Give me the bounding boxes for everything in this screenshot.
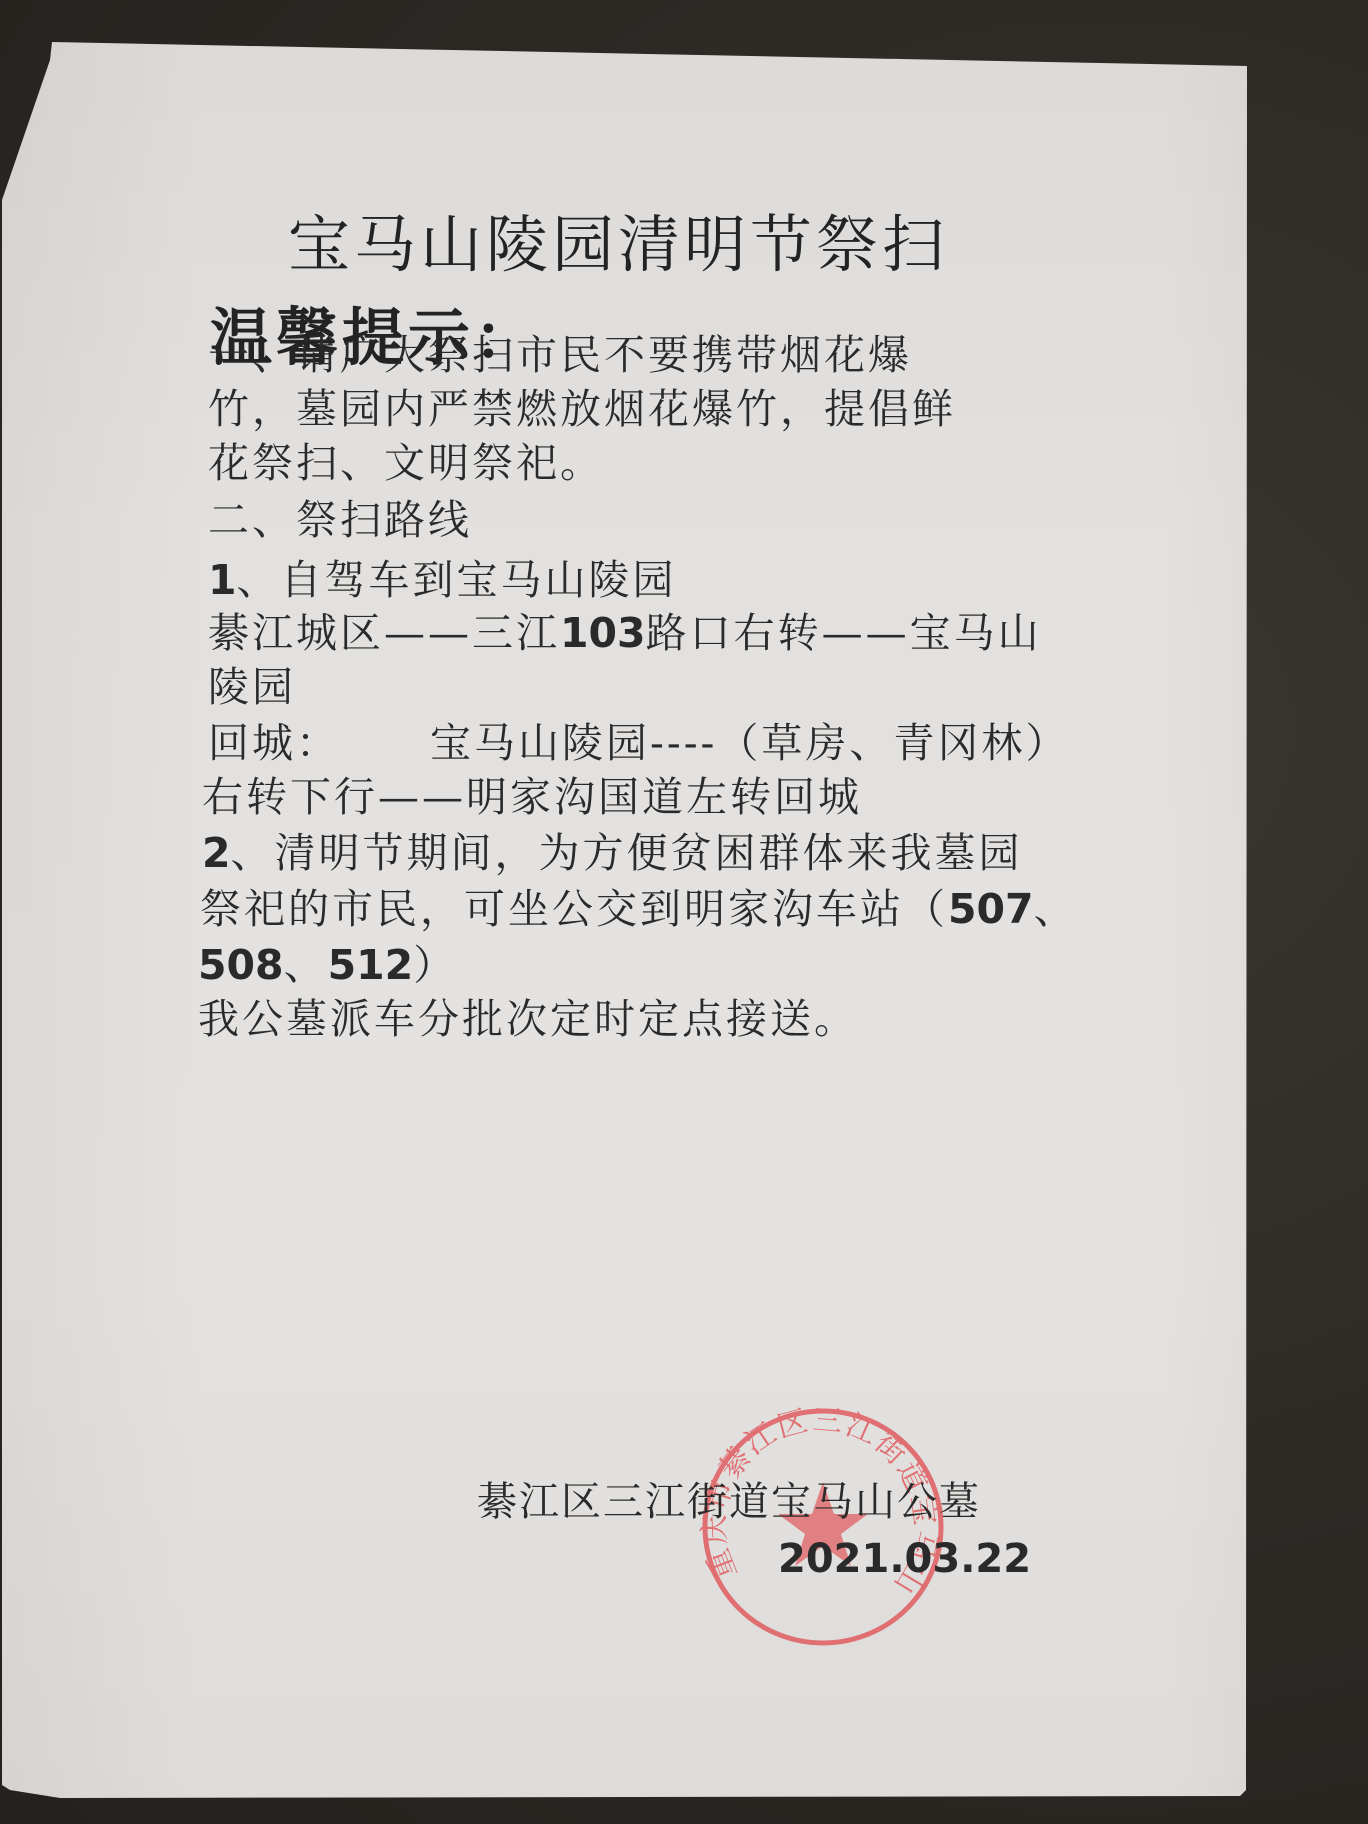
signature-org: 綦江区三江街道宝马山公墓 <box>477 1470 981 1527</box>
signature-date: 2021.03.22 <box>778 1536 1031 1582</box>
route-return-path: 宝马山陵园----（草房、青冈林） <box>430 719 1069 767</box>
route-return-cont: 右转下行——明家沟国道左转回城 <box>202 764 862 823</box>
bus-route-507: 507 <box>948 885 1034 933</box>
item1-label: 、自驾车到宝马山陵园 <box>237 556 677 604</box>
item2-number: 2 <box>202 829 231 877</box>
item2-line2-sep: 、 <box>1034 885 1078 933</box>
item2-line3-sep: 、 <box>284 941 328 989</box>
route-outbound-cont: 陵园 <box>208 654 296 713</box>
section1-line1: 一、请广大祭扫市民不要携带烟花爆 <box>208 322 912 381</box>
item2-line2-text: 祭祀的市民，可坐公交到明家沟车站（ <box>200 885 948 933</box>
route-item2-line4: 我公墓派车分批次定时定点接送。 <box>198 986 858 1045</box>
route-outbound-prefix: 綦江城区——三江 <box>208 609 560 657</box>
section1-line2: 竹，墓园内严禁燃放烟花爆竹，提倡鲜 <box>208 376 956 435</box>
item2-line3-end: ） <box>413 941 457 989</box>
notice-paper: 宝马山陵园清明节祭扫 温馨提示： 一、请广大祭扫市民不要携带烟花爆 竹，墓园内严… <box>0 0 1368 1824</box>
route-item2-line2: 祭祀的市民，可坐公交到明家沟车站（507、 <box>200 876 1078 935</box>
route-return-label: 回城： <box>208 719 340 767</box>
bus-route-512: 512 <box>328 941 414 989</box>
section2-heading: 二、祭扫路线 <box>208 487 472 546</box>
route-outbound: 綦江城区——三江103路口右转——宝马山 <box>208 600 1042 659</box>
route-outbound-suffix: 路口右转——宝马山 <box>646 609 1042 657</box>
notice-title: 宝马山陵园清明节祭扫 <box>288 195 948 284</box>
section1-line3: 花祭扫、文明祭祀。 <box>208 430 604 489</box>
bus-route-508: 508 <box>198 941 284 989</box>
route-outbound-road-number: 103 <box>560 609 646 657</box>
official-seal-icon: 重庆市綦江区三江街道宝马山公墓 <box>698 1404 948 1650</box>
route-item2-line3: 508、512） <box>198 932 457 991</box>
route-item1-heading: 1、自驾车到宝马山陵园 <box>208 547 677 606</box>
item1-number: 1 <box>208 556 237 604</box>
route-item2-line1: 2、清明节期间，为方便贫困群体来我墓园 <box>202 820 1023 879</box>
route-return: 回城：宝马山陵园----（草房、青冈林） <box>208 710 1069 769</box>
item2-line1-text: 、清明节期间，为方便贫困群体来我墓园 <box>231 829 1023 877</box>
